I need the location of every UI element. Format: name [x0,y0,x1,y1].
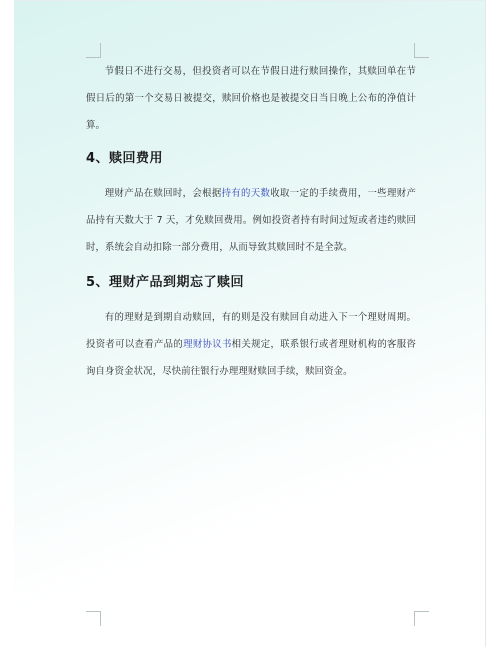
redemption-fee-paragraph: 理财产品在赎回时，会根据持有的天数收取一定的手续费用，一些理财产品持有天数大于 … [86,180,416,261]
crop-mark-top-right [414,43,429,58]
paragraph-text: 理财产品在赎回时，会根据 [105,188,222,199]
document-body: 节假日不进行交易，但投资者可以在节假日进行赎回操作，其赎回单在节假日后的第一个交… [86,58,416,385]
crop-mark-bottom-right [414,611,429,626]
holding-days-link[interactable]: 持有的天数 [222,188,271,199]
crop-mark-bottom-left [86,611,101,626]
intro-paragraph: 节假日不进行交易，但投资者可以在节假日进行赎回操作，其赎回单在节假日后的第一个交… [86,58,416,139]
section-heading-redemption-fee: 4、赎回费用 [86,149,416,169]
agreement-link[interactable]: 理财协议书 [183,339,232,350]
crop-mark-top-left [86,43,101,58]
forgot-redemption-paragraph: 有的理财是到期自动赎回，有的则是没有赎回自动进入下一个理财周期。投资者可以查看产… [86,304,416,385]
section-heading-forgot-redemption: 5、理财产品到期忘了赎回 [86,273,416,293]
